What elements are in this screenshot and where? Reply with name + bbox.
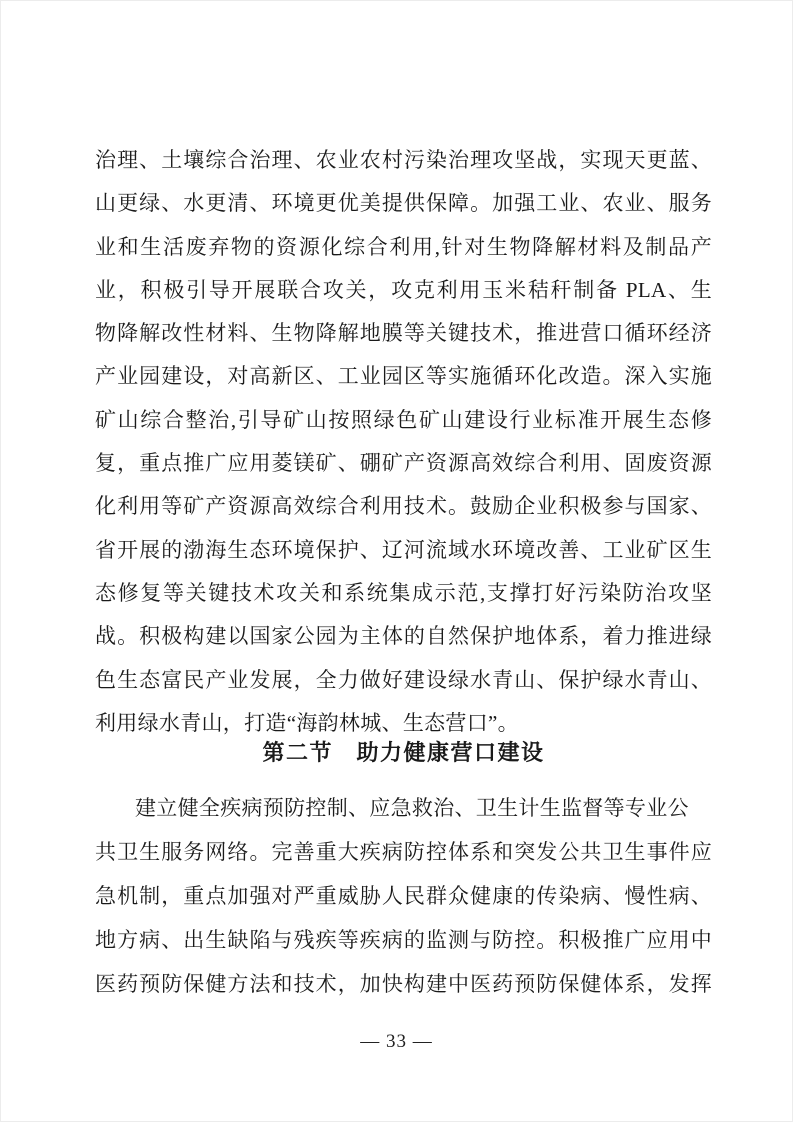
text-line: 治理、土壤综合治理、农业农村污染治理攻坚战，实现天更蓝、 (95, 139, 712, 182)
text-line: 共卫生服务网络。完善重大疾病防控体系和突发公共卫生事件应 (95, 830, 712, 874)
text-line: 产业园建设，对高新区、工业园区等实施循环化改造。深入实施 (95, 355, 712, 398)
text-line: 态修复等关键技术攻关和系统集成示范,支撑打好污染防治攻坚 (95, 572, 712, 615)
paragraph-health-yingkou: 建立健全疾病预防控制、应急救治、卫生计生监督等专业公共卫生服务网络。完善重大疾病… (95, 786, 712, 1006)
text-line: 矿山综合整治,引导矿山按照绿色矿山建设行业标准开展生态修 (95, 399, 712, 442)
text-line: 医药预防保健方法和技术，加快构建中医药预防保健体系，发挥 (95, 962, 712, 1006)
text-line: 业和生活废弃物的资源化综合利用,针对生物降解材料及制品产 (95, 226, 712, 269)
text-line: 建立健全疾病预防控制、应急救治、卫生计生监督等专业公 (95, 786, 712, 830)
text-line: 战。积极构建以国家公园为主体的自然保护地体系，着力推进绿 (95, 615, 712, 658)
page-footer: — 33 — (0, 1030, 793, 1054)
document-page: 治理、土壤综合治理、农业农村污染治理攻坚战，实现天更蓝、山更绿、水更清、环境更优… (0, 0, 793, 1122)
text-line: 化利用等矿产资源高效综合利用技术。鼓励企业积极参与国家、 (95, 485, 712, 528)
text-line: 业，积极引导开展联合攻关，攻克利用玉米秸秆制备 PLA、生 (95, 269, 712, 312)
text-line: 山更绿、水更清、环境更优美提供保障。加强工业、农业、服务 (95, 182, 712, 225)
text-line: 省开展的渤海生态环境保护、辽河流域水环境改善、工业矿区生 (95, 529, 712, 572)
text-line: 复，重点推广应用菱镁矿、硼矿产资源高效综合利用、固废资源 (95, 442, 712, 485)
text-line: 地方病、出生缺陷与残疾等疾病的监测与防控。积极推广应用中 (95, 918, 712, 962)
text-line: 物降解改性材料、生物降解地膜等关键技术，推进营口循环经济 (95, 312, 712, 355)
paragraph-continuation: 治理、土壤综合治理、农业农村污染治理攻坚战，实现天更蓝、山更绿、水更清、环境更优… (95, 139, 712, 745)
section-heading: 第二节 助力健康营口建设 (95, 738, 712, 768)
text-line: 急机制，重点加强对严重威胁人民群众健康的传染病、慢性病、 (95, 874, 712, 918)
page-number: — 33 — (360, 1031, 433, 1052)
text-line: 色生态富民产业发展，全力做好建设绿水青山、保护绿水青山、 (95, 659, 712, 702)
